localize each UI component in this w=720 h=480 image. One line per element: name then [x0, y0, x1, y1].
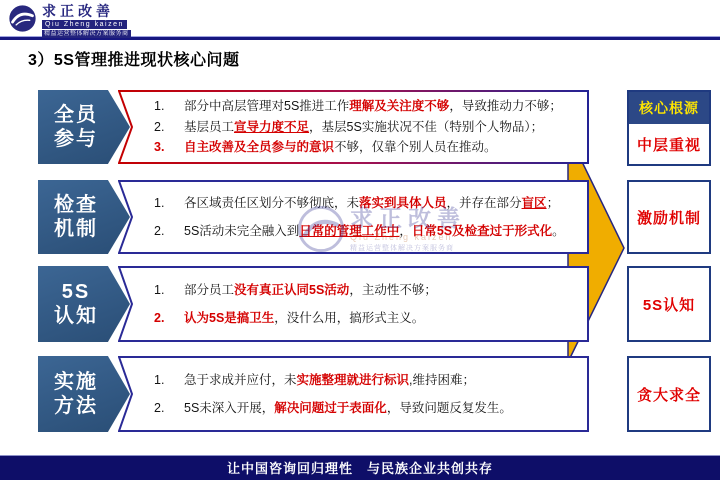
category-label: 实施方法: [38, 356, 130, 432]
logo-texts: 求正改善 Qiu Zheng kaizen 精益运营整体解决方案服务商: [42, 4, 131, 38]
root-cause-item-4: 贪大求全: [629, 358, 709, 430]
item-number: 1.: [154, 282, 184, 298]
issue-item: 1.部分员工没有真正认同5S活动，主动性不够；: [154, 282, 582, 298]
category-label: 检查机制: [38, 180, 130, 254]
issue-content-box: 1.急于求成并应付，未实施整理就进行标识,维持困难；2.5S未深入开展，解决问题…: [118, 356, 590, 432]
logo-circle-icon: [8, 4, 37, 33]
item-text: 部分中高层管理对5S推进工作理解及关注度不够，导致推动力不够；: [184, 98, 582, 114]
issue-item: 1.各区域责任区划分不够彻底，未落实到具体人员，并存在部分盲区；: [154, 195, 582, 211]
item-text: 部分员工没有真正认同5S活动，主动性不够；: [184, 282, 582, 298]
item-number: 2.: [154, 310, 184, 326]
issue-row-3: 1.部分员工没有真正认同5S活动，主动性不够；2.认为5S是搞卫生，没什么用，搞…: [38, 266, 590, 342]
item-number: 2.: [154, 119, 184, 135]
issue-row-4: 1.急于求成并应付，未实施整理就进行标识,维持困难；2.5S未深入开展，解决问题…: [38, 356, 590, 432]
root-cause-box-1: 核心根源 中层重视: [627, 90, 711, 166]
root-cause-box-3: 5S认知: [627, 266, 711, 342]
item-number: 1.: [154, 98, 184, 114]
issue-row-2: 1.各区域责任区划分不够彻底，未落实到具体人员，并存在部分盲区；2.5S活动未完…: [38, 180, 590, 254]
item-text: 自主改善及全员参与的意识不够，仅靠个别人员在推动。: [184, 139, 582, 155]
item-number: 1.: [154, 195, 184, 211]
footer-slogan: 让中国咨询回归理性 与民族企业共创共存: [227, 461, 493, 476]
slide: 求正改善 Qiu Zheng kaizen 精益运营整体解决方案服务商 3）5S…: [0, 0, 720, 480]
issue-item: 2.5S未深入开展，解决问题过于表面化，导致问题反复发生。: [154, 400, 582, 416]
root-cause-item-3: 5S认知: [629, 268, 709, 340]
item-text: 5S未深入开展，解决问题过于表面化，导致问题反复发生。: [184, 400, 582, 416]
logo-tagline: 精益运营整体解决方案服务商: [42, 30, 131, 38]
issue-content-box: 1.部分中高层管理对5S推进工作理解及关注度不够，导致推动力不够；2.基层员工宣…: [118, 90, 590, 164]
item-text: 基层员工宣导力度不足，基层5S实施状况不佳（特别个人物品）；: [184, 119, 582, 135]
item-number: 2.: [154, 223, 184, 239]
issue-item: 1.急于求成并应付，未实施整理就进行标识,维持困难；: [154, 372, 582, 388]
footer-bar: 让中国咨询回归理性 与民族企业共创共存: [0, 455, 720, 480]
issue-item: 2.5S活动未完全融入到日常的管理工作中，日常5S及检查过于形式化。: [154, 223, 582, 239]
issue-item: 3.自主改善及全员参与的意识不够，仅靠个别人员在推动。: [154, 139, 582, 155]
root-cause-item-1: 中层重视: [629, 124, 709, 164]
item-text: 各区域责任区划分不够彻底，未落实到具体人员，并存在部分盲区；: [184, 195, 582, 211]
issue-content: 1.部分员工没有真正认同5S活动，主动性不够；2.认为5S是搞卫生，没什么用，搞…: [118, 266, 590, 342]
issue-item: 1.部分中高层管理对5S推进工作理解及关注度不够，导致推动力不够；: [154, 98, 582, 114]
logo-name: 求正改善: [42, 4, 131, 19]
issue-content: 1.部分中高层管理对5S推进工作理解及关注度不够，导致推动力不够；2.基层员工宣…: [118, 90, 590, 164]
item-number: 3.: [154, 139, 184, 155]
category-label: 5S认知: [38, 266, 130, 342]
item-number: 1.: [154, 372, 184, 388]
issue-content-box: 1.部分员工没有真正认同5S活动，主动性不够；2.认为5S是搞卫生，没什么用，搞…: [118, 266, 590, 342]
logo-subtitle: Qiu Zheng kaizen: [42, 20, 127, 29]
root-cause-box-2: 激励机制: [627, 180, 711, 254]
issue-item: 2.基层员工宣导力度不足，基层5S实施状况不佳（特别个人物品）；: [154, 119, 582, 135]
logo: 求正改善 Qiu Zheng kaizen 精益运营整体解决方案服务商: [8, 4, 131, 38]
item-number: 2.: [154, 400, 184, 416]
issue-item: 2.认为5S是搞卫生，没什么用，搞形式主义。: [154, 310, 582, 326]
category-label: 全员参与: [38, 90, 130, 164]
root-cause-item-2: 激励机制: [629, 182, 709, 252]
issue-content: 1.各区域责任区划分不够彻底，未落实到具体人员，并存在部分盲区；2.5S活动未完…: [118, 180, 590, 254]
item-text: 认为5S是搞卫生，没什么用，搞形式主义。: [184, 310, 582, 326]
issue-row-1: 1.部分中高层管理对5S推进工作理解及关注度不够，导致推动力不够；2.基层员工宣…: [38, 90, 590, 164]
issue-content: 1.急于求成并应付，未实施整理就进行标识,维持困难；2.5S未深入开展，解决问题…: [118, 356, 590, 432]
item-text: 急于求成并应付，未实施整理就进行标识,维持困难；: [184, 372, 582, 388]
root-cause-header: 核心根源: [629, 92, 709, 124]
root-cause-box-4: 贪大求全: [627, 356, 711, 432]
item-text: 5S活动未完全融入到日常的管理工作中，日常5S及检查过于形式化。: [184, 223, 582, 239]
issue-content-box: 1.各区域责任区划分不够彻底，未落实到具体人员，并存在部分盲区；2.5S活动未完…: [118, 180, 590, 254]
